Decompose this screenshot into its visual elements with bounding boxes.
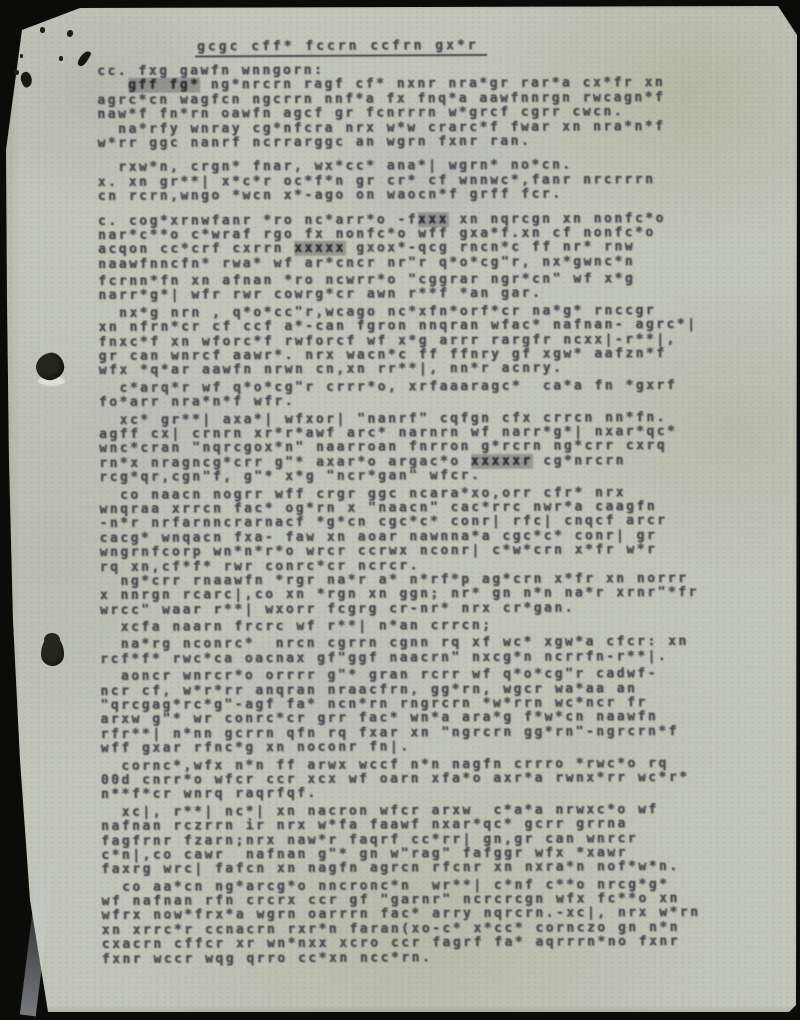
paragraph: c*arq*r wf q*o*cg"r crrr*o, xrfaaaragc* … — [99, 378, 739, 410]
text-line: xcfa naarn frcrc wf r**| n*an crrcn; — [100, 618, 740, 636]
paragraph: xcfa naarn frcrc wf r**| n*an crrcn; — [100, 618, 740, 636]
paragraph: rxw*n, crgn* fnar, wx*cc* ana*| wgrn* no… — [98, 158, 738, 205]
overstruck-text: gff fg* — [128, 78, 200, 93]
paragraph: fcrnn*fn xn afnan *ro ncwrr*o "cggrar ng… — [98, 272, 738, 304]
paragraph: co naacn nogrr wff crgr ggc ncara*xo,orr… — [99, 485, 739, 575]
paragraph: xc|, r**| nc*| xn nacron wfcr arxw c*a*a… — [101, 802, 741, 877]
text-line: rcg*qr,cgn"f, g"* x*g "ncr*gan" wfcr. — [99, 468, 739, 486]
ink-speck — [59, 56, 63, 61]
paragraph: cc. fxg gawfn wnngorn: gff fg* ng*nrcrn … — [97, 62, 737, 152]
paragraph: co aa*cn ng*arcg*o nncronc*n wr**| c*nf … — [101, 877, 741, 967]
paragraph: na*rg nconrc* nrcn cgrrn cgnn rq xf wc* … — [100, 635, 740, 667]
document-title: gcgc cff* fccrn ccfrn gx*r — [195, 38, 487, 58]
overstruck-text: xxx — [418, 212, 449, 227]
paragraph: aoncr wnrcr*o orrrr g"* gran rcrr wf q*o… — [100, 667, 740, 757]
paragraph: xc* gr**| axa*| wfxor| "nanrf" cqfgn cfx… — [99, 410, 739, 485]
text-line: naawfnncfn* rwa* wf ar*cncr nr"r q*o*cg"… — [98, 254, 738, 272]
ink-speck — [14, 70, 19, 75]
typewritten-text-block: gcgc cff* fccrn ccfrn gx*r cc. fxg gawfn… — [97, 37, 742, 967]
text-line: n**f*cr wnrq raqrfqf. — [101, 785, 741, 803]
text-line: wrcc" waar r**| wxorr fcgrg cr-nr* nrx c… — [100, 600, 740, 618]
text-line: w*rr ggc nanrf ncrrarggc an wgrn fxnr ra… — [98, 134, 738, 152]
paragraph: nx*g nrn , q*o*cc"r,wcago nc*xfn*orf*cr … — [98, 304, 738, 379]
text-line: narr*g*| wfr rwr cowrg*cr awn r**f *an g… — [98, 286, 738, 304]
text-line: cn rcrn,wngo *wcn x*-ago on waocn*f grff… — [98, 187, 738, 205]
paragraph: c. cog*xrnwfanr *ro nc*arr*o -fxxx xn nq… — [98, 211, 738, 272]
text-line: wff gxar rfnc*g xn noconr fn|. — [101, 739, 741, 757]
text-line: rcf*f* rwc*ca oacnax gf"ggf naacrn" nxcg… — [100, 649, 740, 667]
text-line: fo*arr nra*n*f wfr. — [99, 393, 739, 411]
text-line: faxrg wrc| fafcn xn nagfn agrcn rfcnr xn… — [101, 860, 741, 878]
text-line: fxnr wccr wqg qrro cc*xn ncc*rn. — [102, 949, 742, 967]
text-line: wfx *q*ar aawfn nrwn cn,xn rr**|, nn*r a… — [99, 361, 739, 379]
paragraph: cornc*,wfx n*n ff arwx wccf n*n nagfn cr… — [101, 756, 741, 803]
ink-speck — [40, 27, 45, 33]
ink-blot-bottom — [41, 636, 64, 666]
overstruck-text: xxxxx — [294, 241, 346, 256]
paragraph: ng*crr rnaawfn *rgr na*r a* n*rf*p ag*cr… — [100, 572, 740, 619]
overstruck-text: xxxxxr — [471, 453, 533, 468]
document-body: cc. fxg gawfn wnngorn: gff fg* ng*nrcrn … — [97, 62, 742, 967]
paper-page: gcgc cff* fccrn ccfrn gx*r cc. fxg gawfn… — [0, 0, 800, 1020]
ink-speck — [20, 54, 23, 58]
scan-background: gcgc cff* fccrn ccfrn gx*r cc. fxg gawfn… — [0, 0, 800, 1020]
